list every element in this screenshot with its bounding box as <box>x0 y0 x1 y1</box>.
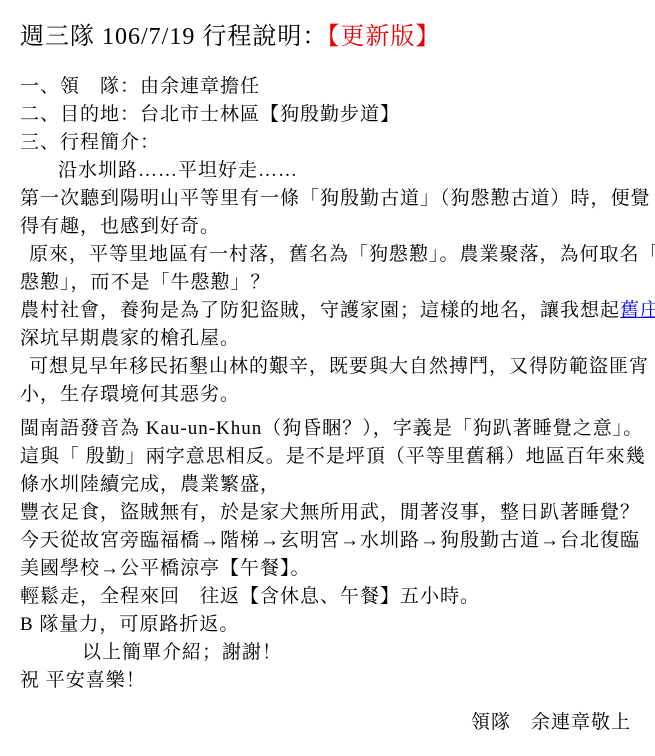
line-b-team: B 隊量力，可原路折返。 <box>20 611 637 639</box>
line-pioneer-hardship-1: 可想見早年移民拓墾山林的艱辛，既要與大自然搏鬥，又得防範盜匪宵 <box>20 353 637 381</box>
title-text: 週三隊 106/7/19 行程說明： <box>20 24 327 50</box>
signature-line: 領隊 余連章敬上 <box>20 709 637 737</box>
line-hokkien-pronunciation: 閩南語發音為 Kau-un-Khun（狗昏睏？），字義是「狗趴著睡覺之意」。 <box>20 415 637 443</box>
line-gun-hole-house: 深坑早期農家的槍孔屋。 <box>20 325 637 353</box>
line-pioneer-hardship-2: 小，生存環境何其惡劣。 <box>20 381 637 409</box>
jiuzhuang-link[interactable]: 舊庄 <box>620 300 655 321</box>
document-page: 週三隊 106/7/19 行程說明：【更新版】 一、領 隊：由余連章擔任 二、目… <box>0 0 655 756</box>
line-village-origin-2: 慇懃」，而不是「牛慇懃」？ <box>20 269 637 297</box>
line-destination: 二、目的地：台北市士林區【狗殷勤步道】 <box>20 101 637 129</box>
line-meaning-contrast-2: 條水圳陸續完成，農業繁盛， <box>20 471 637 499</box>
title-updated-badge: 【更新版】 <box>327 24 440 50</box>
line-route-today-1: 今天從故宮旁臨福橋→階梯→玄明宮→水圳路→狗殷勤古道→台北復臨 <box>20 527 637 555</box>
line-farm-society: 農村社會，養狗是為了防犯盜賊，守護家園；這樣的地名，讓我想起舊庄、 <box>20 297 637 325</box>
line-route-today-2: 美國學校→公平橋涼亭【午餐】。 <box>20 555 637 583</box>
line-canal-path-note: 沿水圳路……平坦好走…… <box>20 157 637 185</box>
line-closing-intro: 以上簡單介紹；謝謝！ <box>20 639 637 667</box>
document-body: 一、領 隊：由余連章擔任 二、目的地：台北市士林區【狗殷勤步道】 三、行程簡介：… <box>20 73 637 737</box>
line-first-heard-1: 第一次聽到陽明山平等里有一條「狗殷勤古道」（狗慇懃古道）時，便覺 <box>20 185 637 213</box>
line-leader: 一、領 隊：由余連章擔任 <box>20 73 637 101</box>
line-village-origin-1: 原來，平等里地區有一村落，舊名為「狗慇懃」。農業聚落，為何取名「狗 <box>20 241 637 269</box>
document-title: 週三隊 106/7/19 行程說明：【更新版】 <box>20 16 637 51</box>
line-first-heard-2: 得有趣，也感到好奇。 <box>20 213 637 241</box>
line-blessing: 祝 平安喜樂！ <box>20 667 637 695</box>
line-prosperity: 豐衣足食，盜賊無有，於是家犬無所用武，閒著沒事，整日趴著睡覺？ <box>20 499 637 527</box>
line-meaning-contrast-1: 這與「 殷勤」兩字意思相反。是不是坪頂（平等里舊稱）地區百年來幾 <box>20 443 637 471</box>
line-itinerary-heading: 三、行程簡介： <box>20 129 637 157</box>
line-duration: 輕鬆走，全程來回 往返【含休息、午餐】五小時。 <box>20 583 637 611</box>
line-farm-society-text: 農村社會，養狗是為了防犯盜賊，守護家園；這樣的地名，讓我想起 <box>20 300 620 321</box>
